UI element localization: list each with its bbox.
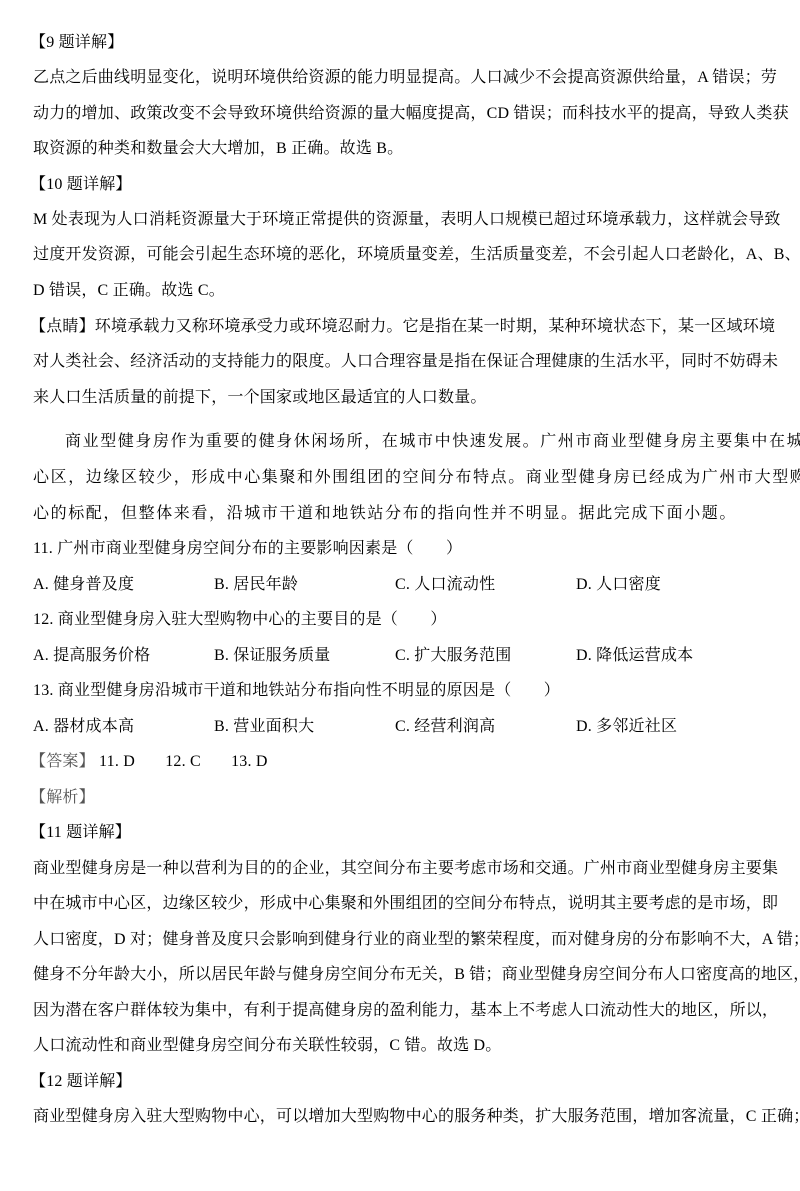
tip-text-line: 对人类社会、经济活动的支持能力的限度。人口合理容量是指在保证合理健康的生活水平，…	[33, 352, 780, 372]
passage-text-line: 心的标配，但整体来看，沿城市干道和地铁站分布的指向性并不明显。据此完成下面小题。	[33, 504, 780, 524]
option-c: C. 扩大服务范围	[395, 646, 576, 666]
option-c: C. 经营利润高	[395, 717, 576, 737]
option-d: D. 人口密度	[576, 575, 757, 595]
question-13-stem: 13. 商业型健身房沿城市干道和地铁站分布指向性不明显的原因是（ ）	[33, 681, 780, 701]
option-b: B. 营业面积大	[214, 717, 395, 737]
q10-text-line: M 处表现为人口消耗资源量大于环境正常提供的资源量，表明人口规模已超过环境承载力…	[33, 210, 780, 230]
q11-heading: 【11 题详解】	[30, 823, 780, 843]
answer-item: 13. D	[231, 753, 268, 770]
q11-text-line: 人口密度，D 对；健身普及度只会影响到健身行业的商业型的繁荣程度，而对健身房的分…	[33, 930, 780, 950]
q12-heading: 【12 题详解】	[30, 1072, 780, 1092]
q11-text-line: 健身不分年龄大小，所以居民年龄与健身房空间分布无关，B 错；商业型健身房空间分布…	[33, 965, 780, 985]
q10-text-line: 过度开发资源，可能会引起生态环境的恶化，环境质量变差，生活质量变差，不会引起人口…	[33, 245, 780, 265]
option-a: A. 提高服务价格	[33, 646, 214, 666]
q9-text-line: 动力的增加、政策改变不会导致环境供给资源的量大幅度提高，CD 错误；而科技水平的…	[33, 104, 780, 124]
question-12-stem: 12. 商业型健身房入驻大型购物中心的主要目的是（ ）	[33, 610, 780, 630]
question-11-options: A. 健身普及度 B. 居民年龄 C. 人口流动性 D. 人口密度	[33, 575, 780, 595]
question-12-options: A. 提高服务价格 B. 保证服务质量 C. 扩大服务范围 D. 降低运营成本	[33, 646, 780, 666]
q10-heading: 【10 题详解】	[30, 175, 780, 195]
question-13-options: A. 器材成本高 B. 营业面积大 C. 经营利润高 D. 多邻近社区	[33, 717, 780, 737]
analysis-label: 【解析】	[30, 788, 780, 808]
option-b: B. 保证服务质量	[214, 646, 395, 666]
tip-text-line: 来人口生活质量的前提下，一个国家或地区最适宜的人口数量。	[33, 388, 780, 408]
q11-text-line: 中在城市中心区，边缘区较少，形成中心集聚和外围组团的空间分布特点，说明其主要考虑…	[33, 894, 780, 914]
option-b: B. 居民年龄	[214, 575, 395, 595]
passage-text-line: 商业型健身房作为重要的健身休闲场所，在城市中快速发展。广州市商业型健身房主要集中…	[65, 432, 780, 452]
q12-text-line: 商业型健身房入驻大型购物中心，可以增加大型购物中心的服务种类，扩大服务范围，增加…	[33, 1107, 780, 1127]
tip-text-line: 【点睛】环境承载力又称环境承受力或环境忍耐力。它是指在某一时期，某种环境状态下，…	[30, 317, 780, 337]
q9-text-line: 乙点之后曲线明显变化，说明环境供给资源的能力明显提高。人口减少不会提高资源供给量…	[33, 68, 780, 88]
option-a: A. 健身普及度	[33, 575, 214, 595]
option-a: A. 器材成本高	[33, 717, 214, 737]
q9-text-line: 取资源的种类和数量会大大增加，B 正确。故选 B。	[33, 139, 780, 159]
q11-text-line: 因为潜在客户群体较为集中，有利于提高健身房的盈利能力，基本上不考虑人口流动性大的…	[33, 1001, 780, 1021]
answer-label: 【答案】	[30, 753, 95, 770]
answer-item: 11. D	[99, 753, 135, 770]
option-d: D. 多邻近社区	[576, 717, 757, 737]
passage-text-line: 心区，边缘区较少，形成中心集聚和外围组团的空间分布特点。商业型健身房已经成为广州…	[33, 468, 780, 488]
q11-text-line: 商业型健身房是一种以营利为目的的企业，其空间分布主要考虑市场和交通。广州市商业型…	[33, 859, 780, 879]
q11-text-line: 人口流动性和商业型健身房空间分布关联性较弱，C 错。故选 D。	[33, 1036, 780, 1056]
q10-text-line: D 错误，C 正确。故选 C。	[33, 281, 780, 301]
answer-item: 12. C	[165, 753, 201, 770]
question-11-stem: 11. 广州市商业型健身房空间分布的主要影响因素是（ ）	[33, 539, 780, 559]
answer-line: 【答案】 11. D 12. C 13. D	[30, 752, 780, 772]
option-d: D. 降低运营成本	[576, 646, 757, 666]
q9-heading: 【9 题详解】	[30, 33, 780, 53]
option-c: C. 人口流动性	[395, 575, 576, 595]
